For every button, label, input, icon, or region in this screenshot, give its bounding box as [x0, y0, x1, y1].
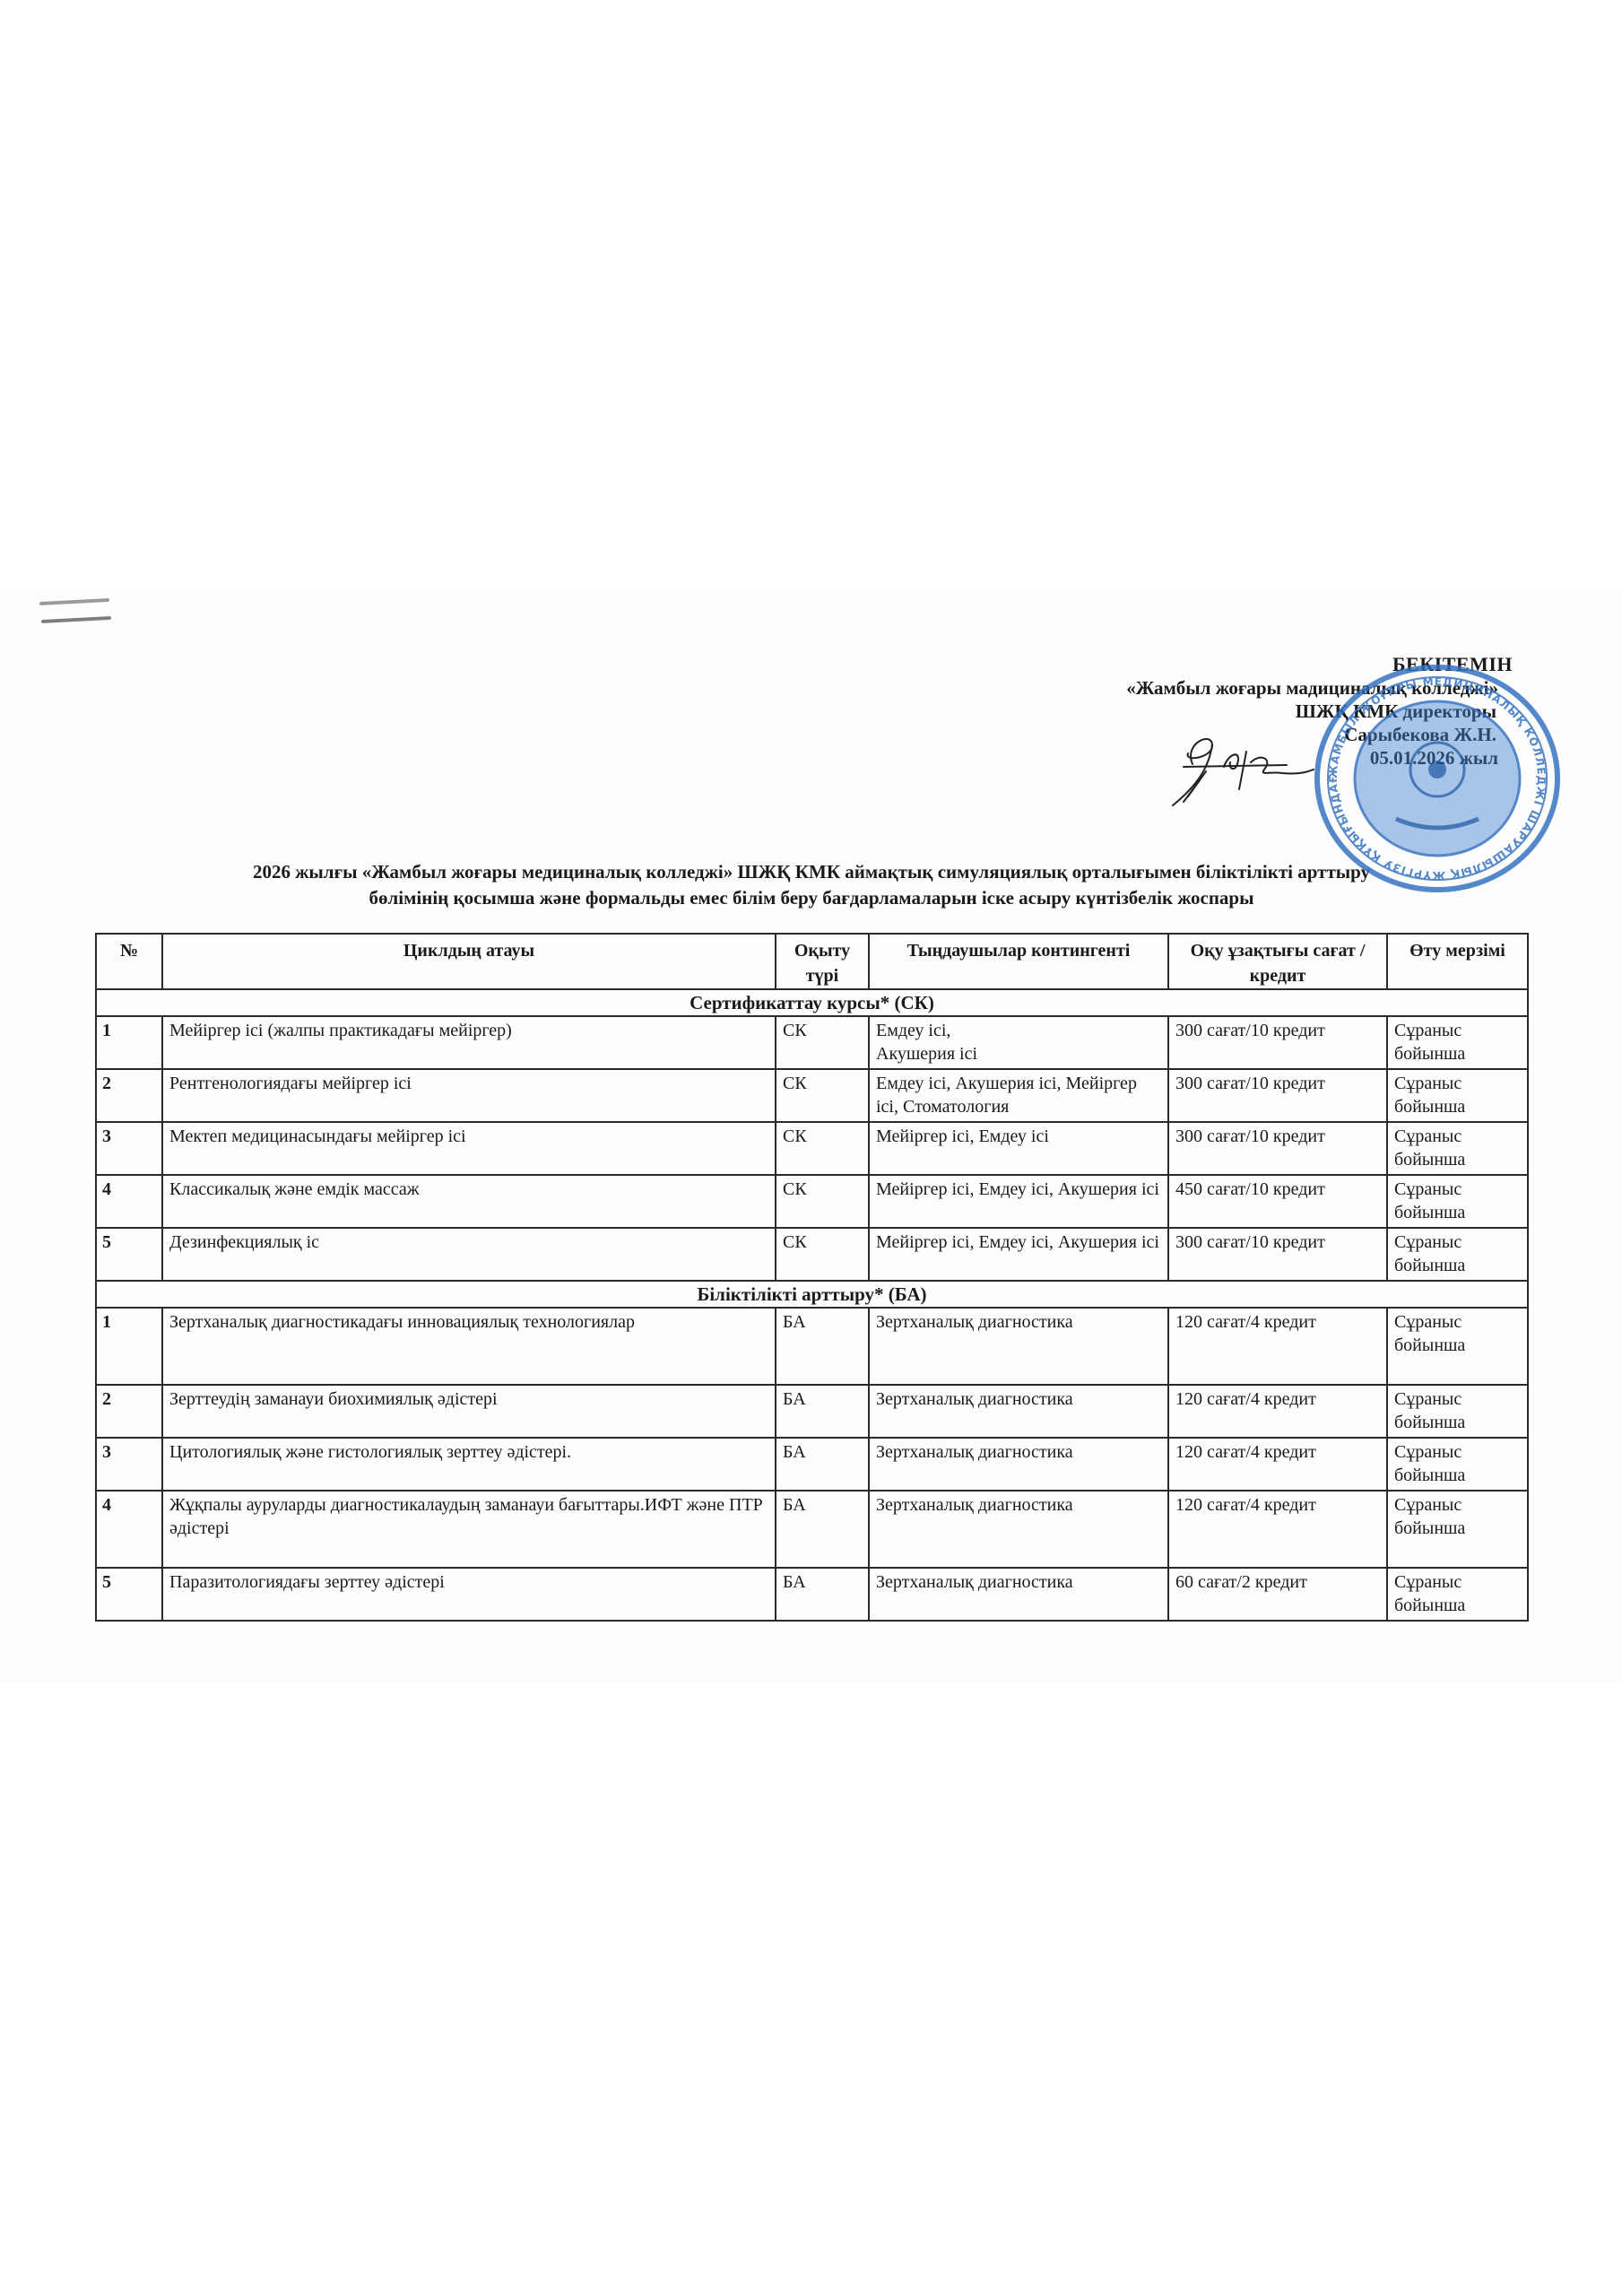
row-audience: Мейіргер ісі, Емдеу ісі: [869, 1122, 1168, 1175]
row-cycle-name: Мектеп медицинасындағы мейіргер ісі: [162, 1122, 776, 1175]
header-type: Оқыту түрі: [776, 934, 869, 989]
row-cycle-name: Рентгенологиядағы мейіргер ісі: [162, 1069, 776, 1122]
row-training-type: СК: [776, 1016, 869, 1069]
table-row: 5Паразитологиядағы зерттеу әдістеріБАЗер…: [96, 1568, 1528, 1621]
row-term: Сұраныс бойынша: [1387, 1491, 1528, 1568]
row-cycle-name: Зерттеудің заманауи биохимиялық әдістері: [162, 1385, 776, 1438]
row-num: 2: [96, 1069, 162, 1122]
row-duration: 120 сағат/4 кредит: [1168, 1491, 1387, 1568]
row-audience: Зертханалық диагностика: [869, 1308, 1168, 1385]
table-row: 2Зерттеудің заманауи биохимиялық әдістер…: [96, 1385, 1528, 1438]
row-num: 5: [96, 1228, 162, 1281]
header-audience: Тыңдаушылар контингенті: [869, 934, 1168, 989]
row-term: Сұраныс бойынша: [1387, 1438, 1528, 1491]
row-num: 4: [96, 1491, 162, 1568]
table-row: 2Рентгенологиядағы мейіргер ісіСКЕмдеу і…: [96, 1069, 1528, 1122]
row-duration: 450 сағат/10 кредит: [1168, 1175, 1387, 1228]
row-cycle-name: Жұқпалы ауруларды диагностикалаудың зама…: [162, 1491, 776, 1568]
section-title: Біліктілікті арттыру* (БА): [96, 1281, 1528, 1308]
table-row: 5Дезинфекциялық ісСКМейіргер ісі, Емдеу …: [96, 1228, 1528, 1281]
row-term: Сұраныс бойынша: [1387, 1568, 1528, 1621]
scan-mark-line: [41, 616, 111, 623]
table-row: 4Жұқпалы ауруларды диагностикалаудың зам…: [96, 1491, 1528, 1568]
row-audience: Мейіргер ісі, Емдеу ісі, Акушерия ісі: [869, 1228, 1168, 1281]
row-term: Сұраныс бойынша: [1387, 1228, 1528, 1281]
official-stamp-icon: ЖАМБЫЛ ЖОҒАРЫ МЕДИЦИНАЛЫҚ КОЛЛЕДЖІ ШАРУА…: [1311, 662, 1564, 895]
signature-icon: [1157, 726, 1318, 807]
table-row: 3Цитологиялық және гистологиялық зерттеу…: [96, 1438, 1528, 1491]
scan-mark-line: [39, 598, 109, 605]
row-duration: 300 сағат/10 кредит: [1168, 1228, 1387, 1281]
row-training-type: БА: [776, 1385, 869, 1438]
row-duration: 300 сағат/10 кредит: [1168, 1069, 1387, 1122]
table-row: 3Мектеп медицинасындағы мейіргер ісіСКМе…: [96, 1122, 1528, 1175]
row-training-type: СК: [776, 1228, 869, 1281]
row-term: Сұраныс бойынша: [1387, 1308, 1528, 1385]
row-audience: Зертханалық диагностика: [869, 1491, 1168, 1568]
row-duration: 120 сағат/4 кредит: [1168, 1385, 1387, 1438]
row-training-type: БА: [776, 1568, 869, 1621]
header-num: №: [96, 934, 162, 989]
row-audience: Зертханалық диагностика: [869, 1385, 1168, 1438]
course-plan-table: № Циклдың атауы Оқыту түрі Тыңдаушылар к…: [95, 933, 1529, 1622]
row-term: Сұраныс бойынша: [1387, 1016, 1528, 1069]
row-cycle-name: Дезинфекциялық іс: [162, 1228, 776, 1281]
table-row: 4Классикалық және емдік массажСКМейіргер…: [96, 1175, 1528, 1228]
row-duration: 300 сағат/10 кредит: [1168, 1122, 1387, 1175]
row-cycle-name: Зертханалық диагностикадағы инновациялық…: [162, 1308, 776, 1385]
header-term: Өту мерзімі: [1387, 934, 1528, 989]
header-name: Циклдың атауы: [162, 934, 776, 989]
row-num: 1: [96, 1308, 162, 1385]
row-audience: Емдеу ісі, Акушерия ісі, Мейіргер ісі, С…: [869, 1069, 1168, 1122]
section-row: Сертификаттау курсы* (СК): [96, 989, 1528, 1016]
row-duration: 60 сағат/2 кредит: [1168, 1568, 1387, 1621]
row-num: 1: [96, 1016, 162, 1069]
row-term: Сұраныс бойынша: [1387, 1122, 1528, 1175]
scan-artifact-marks: [38, 596, 118, 623]
row-num: 2: [96, 1385, 162, 1438]
section-row: Біліктілікті арттыру* (БА): [96, 1281, 1528, 1308]
header-duration: Оқу ұзақтығы сағат / кредит: [1168, 934, 1387, 989]
section-title: Сертификаттау курсы* (СК): [96, 989, 1528, 1016]
row-cycle-name: Мейіргер ісі (жалпы практикадағы мейірге…: [162, 1016, 776, 1069]
row-cycle-name: Классикалық және емдік массаж: [162, 1175, 776, 1228]
row-num: 3: [96, 1438, 162, 1491]
row-audience: Зертханалық диагностика: [869, 1568, 1168, 1621]
row-training-type: СК: [776, 1122, 869, 1175]
row-training-type: БА: [776, 1491, 869, 1568]
row-term: Сұраныс бойынша: [1387, 1069, 1528, 1122]
row-training-type: СК: [776, 1069, 869, 1122]
row-term: Сұраныс бойынша: [1387, 1175, 1528, 1228]
row-audience: Мейіргер ісі, Емдеу ісі, Акушерия ісі: [869, 1175, 1168, 1228]
table-row: 1Зертханалық диагностикадағы инновациялы…: [96, 1308, 1528, 1385]
row-num: 4: [96, 1175, 162, 1228]
row-training-type: БА: [776, 1438, 869, 1491]
row-duration: 120 сағат/4 кредит: [1168, 1308, 1387, 1385]
row-num: 5: [96, 1568, 162, 1621]
table-row: 1Мейіргер ісі (жалпы практикадағы мейірг…: [96, 1016, 1528, 1069]
row-duration: 300 сағат/10 кредит: [1168, 1016, 1387, 1069]
row-training-type: СК: [776, 1175, 869, 1228]
row-training-type: БА: [776, 1308, 869, 1385]
row-term: Сұраныс бойынша: [1387, 1385, 1528, 1438]
table-header-row: № Циклдың атауы Оқыту түрі Тыңдаушылар к…: [96, 934, 1528, 989]
row-audience: Емдеу ісі,Акушерия ісі: [869, 1016, 1168, 1069]
row-num: 3: [96, 1122, 162, 1175]
row-cycle-name: Паразитологиядағы зерттеу әдістері: [162, 1568, 776, 1621]
row-cycle-name: Цитологиялық және гистологиялық зерттеу …: [162, 1438, 776, 1491]
row-audience: Зертханалық диагностика: [869, 1438, 1168, 1491]
row-duration: 120 сағат/4 кредит: [1168, 1438, 1387, 1491]
